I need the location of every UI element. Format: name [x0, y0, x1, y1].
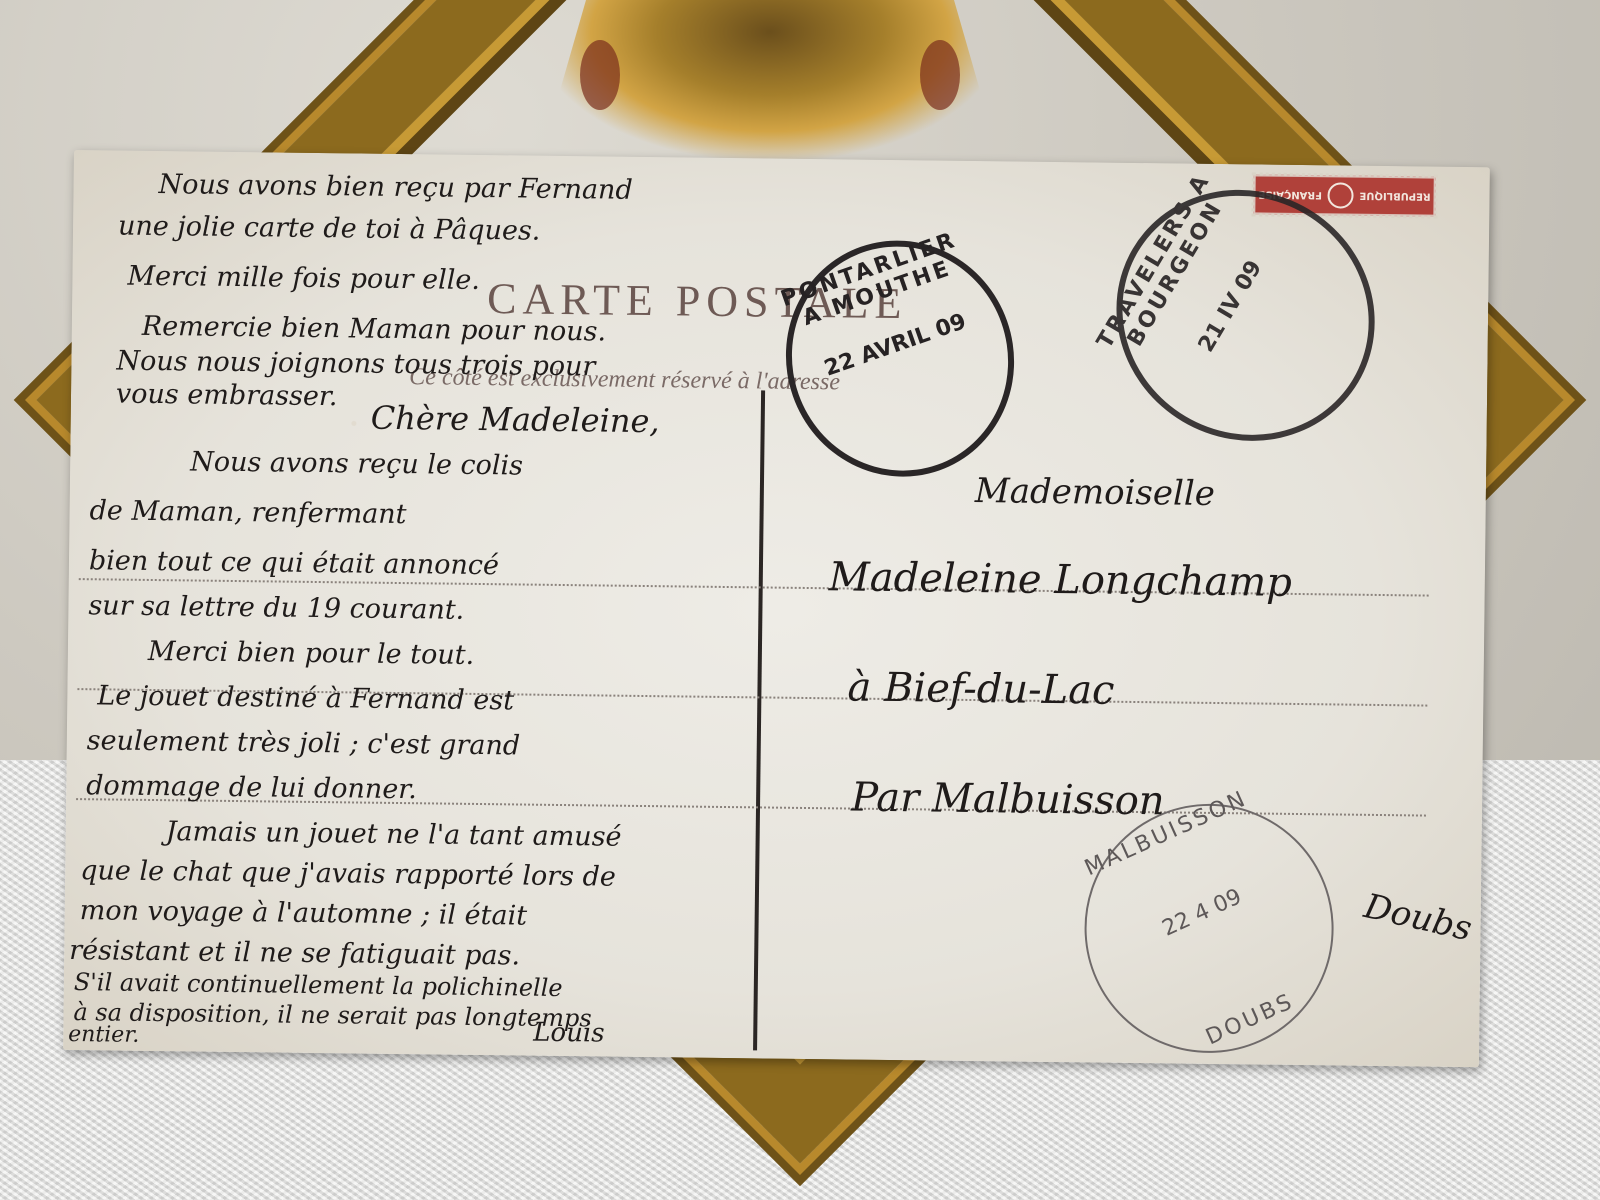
message-line: sur sa lettre du 19 courant.: [88, 590, 464, 626]
postcard: CARTE POSTALE Ce côté est exclusivement …: [63, 150, 1490, 1067]
sower-icon: [1328, 182, 1354, 208]
message-line: entier.: [68, 1022, 139, 1048]
address-line-4: Par Malbuisson: [851, 775, 1165, 825]
center-divider: [753, 390, 765, 1050]
postmark-pontarlier: PONTARLIER A MOUTHE 22 AVRIL 09: [754, 209, 1047, 508]
message-line: à sa disposition, il ne serait pas longt…: [73, 998, 592, 1032]
salutation: Chère Madeleine,: [371, 399, 660, 441]
address-line-1: Mademoiselle: [975, 471, 1215, 514]
address-line-3: à Bief-du-Lac: [847, 664, 1115, 713]
postmark-ring-text: PONTARLIER A MOUTHE: [761, 217, 1038, 500]
message-line: Nous avons bien reçu par Fernand: [158, 169, 633, 206]
message-line: Nous nous joignons tous trois pour: [116, 346, 595, 383]
message-line: Jamais un jouet ne l'a tant amusé: [165, 816, 621, 853]
message-line: Nous avons reçu le colis: [190, 446, 523, 481]
signature: Louis: [533, 1018, 605, 1049]
stamp-text-left: REPUBLIQUE: [1359, 190, 1430, 202]
ornament-leaf: [920, 40, 960, 110]
message-line: Merci bien pour le tout.: [148, 636, 475, 671]
message-line: mon voyage à l'automne ; il était: [80, 895, 528, 931]
message-line: bien tout ce qui était annoncé: [89, 545, 499, 581]
message-line: que le chat que j'avais rapporté lors de: [80, 855, 616, 893]
address-line-2: Madeleine Longchamp: [829, 554, 1293, 606]
message-line: de Maman, renfermant: [89, 495, 406, 530]
frame-ornament: [540, 0, 1000, 160]
message-line: S'il avait continuellement la polichinel…: [74, 968, 563, 1002]
message-line: résistant et il ne se fatiguait pas.: [69, 935, 520, 972]
address-line-5: Doubs: [1360, 886, 1475, 949]
message-line: une jolie carte de toi à Pâques.: [118, 211, 541, 247]
message-line: vous embrasser.: [116, 379, 338, 413]
message-line: Remercie bien Maman pour nous.: [142, 311, 607, 348]
message-line: dommage de lui donner.: [86, 770, 417, 805]
message-line: Merci mille fois pour elle.: [127, 261, 480, 296]
message-line: seulement très joli ; c'est grand: [87, 725, 521, 761]
message-line: Le jouet destiné à Fernand est: [97, 680, 514, 716]
ornament-leaf: [580, 40, 620, 110]
